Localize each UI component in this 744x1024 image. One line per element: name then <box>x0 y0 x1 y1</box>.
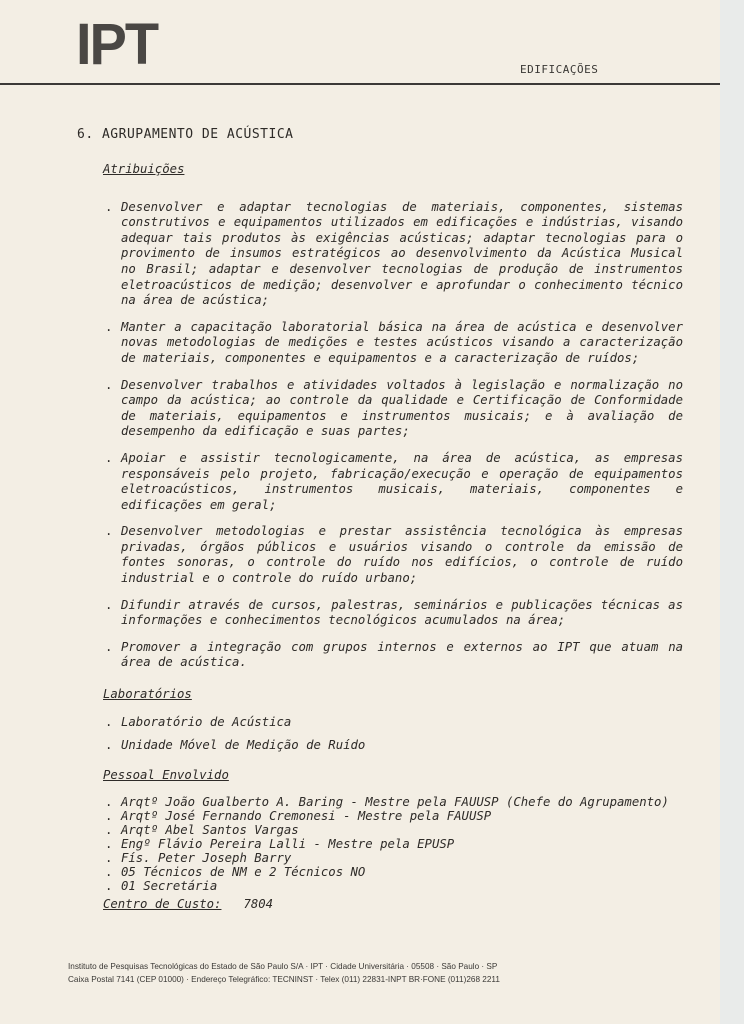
list-item: Unidade Móvel de Medição de Ruído <box>103 738 683 754</box>
document-page: IPT EDIFICAÇÕES 6. AGRUPAMENTO DE ACÚSTI… <box>0 0 720 1024</box>
footer-address: Instituto de Pesquisas Tecnológicas do E… <box>68 960 500 986</box>
cost-center-label: Centro de Custo: <box>103 897 221 913</box>
list-item: Desenvolver trabalhos e atividades volta… <box>103 378 683 440</box>
list-item: Arqtº João Gualberto A. Baring - Mestre … <box>103 795 683 809</box>
list-item: Laboratório de Acústica <box>103 715 683 731</box>
header-divider <box>0 83 720 85</box>
laboratories-section: Laboratórios Laboratório de Acústica Uni… <box>103 687 683 754</box>
ipt-logo: IPT <box>76 13 157 76</box>
list-item: Promover a integração com grupos interno… <box>103 640 683 671</box>
list-item: Manter a capacitação laboratorial básica… <box>103 320 683 367</box>
footer-line-1: Instituto de Pesquisas Tecnológicas do E… <box>68 960 500 973</box>
list-item: Fís. Peter Joseph Barry <box>103 851 683 865</box>
document-body: Atribuições Desenvolver e adaptar tecnol… <box>103 162 683 913</box>
footer-line-2: Caixa Postal 7141 (CEP 01000) · Endereço… <box>68 973 500 986</box>
cost-center-value: 7804 <box>243 897 273 911</box>
list-item: Arqtº José Fernando Cremonesi - Mestre p… <box>103 809 683 823</box>
laboratories-list: Laboratório de Acústica Unidade Móvel de… <box>103 715 683 754</box>
attributions-heading: Atribuições <box>103 162 184 178</box>
staff-section: Pessoal Envolvido Arqtº João Gualberto A… <box>103 768 683 913</box>
list-item: Apoiar e assistir tecnologicamente, na á… <box>103 451 683 513</box>
attributions-list: Desenvolver e adaptar tecnologias de mat… <box>103 200 683 671</box>
department-label: EDIFICAÇÕES <box>520 63 598 76</box>
staff-list: Arqtº João Gualberto A. Baring - Mestre … <box>103 795 683 893</box>
staff-heading: Pessoal Envolvido <box>103 768 229 784</box>
cost-center: Centro de Custo:7804 <box>103 897 683 913</box>
list-item: 05 Técnicos de NM e 2 Técnicos NO <box>103 865 683 879</box>
list-item: Arqtº Abel Santos Vargas <box>103 823 683 837</box>
list-item: Desenvolver e adaptar tecnologias de mat… <box>103 200 683 309</box>
laboratories-heading: Laboratórios <box>103 687 192 703</box>
list-item: Desenvolver metodologias e prestar assis… <box>103 524 683 586</box>
section-title: 6. AGRUPAMENTO DE ACÚSTICA <box>77 127 294 142</box>
list-item: 01 Secretária <box>103 879 683 893</box>
list-item: Engº Flávio Pereira Lalli - Mestre pela … <box>103 837 683 851</box>
list-item: Difundir através de cursos, palestras, s… <box>103 598 683 629</box>
attributions-section: Atribuições Desenvolver e adaptar tecnol… <box>103 162 683 671</box>
